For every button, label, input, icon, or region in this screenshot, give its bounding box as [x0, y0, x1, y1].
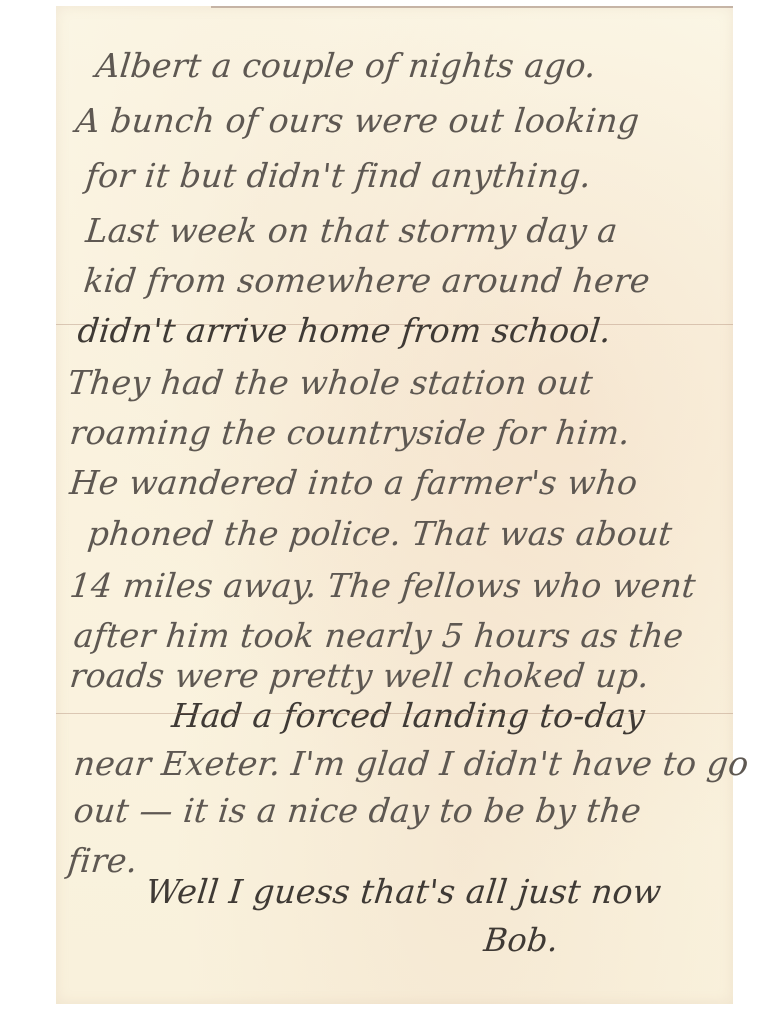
letter-line-6: didn't arrive home from school. [76, 311, 613, 350]
letter-line-8: roaming the countryside for him. [68, 413, 632, 452]
letter-line-18: Well I guess that's all just now [144, 872, 663, 911]
letter-line-14: Had a forced landing to-day [170, 696, 647, 735]
paper-top-edge [211, 6, 733, 8]
letter-line-3: for it but didn't find anything. [84, 156, 593, 195]
letter-line-2: A bunch of ours were out looking [74, 101, 641, 140]
letter-line-10: phoned the police. That was about [86, 514, 674, 553]
signature: Bob. [482, 921, 560, 959]
letter-line-4: Last week on that stormy day a [84, 211, 620, 250]
letter-line-11: 14 miles away. The fellows who went [68, 566, 698, 605]
letter-line-17: fire. [66, 841, 140, 880]
letter-page: Albert a couple of nights ago. A bunch o… [56, 6, 733, 1004]
letter-line-1: Albert a couple of nights ago. [94, 46, 598, 85]
letter-line-7: They had the whole station out [66, 363, 595, 402]
letter-line-12: after him took nearly 5 hours as the [72, 616, 685, 655]
letter-line-16: out — it is a nice day to be by the [72, 791, 643, 830]
letter-line-9: He wandered into a farmer's who [68, 463, 640, 502]
letter-line-5: kid from somewhere around here [82, 261, 652, 300]
letter-line-13: roads were pretty well choked up. [68, 656, 651, 695]
letter-line-15: near Exeter. I'm glad I didn't have to g… [72, 744, 751, 783]
